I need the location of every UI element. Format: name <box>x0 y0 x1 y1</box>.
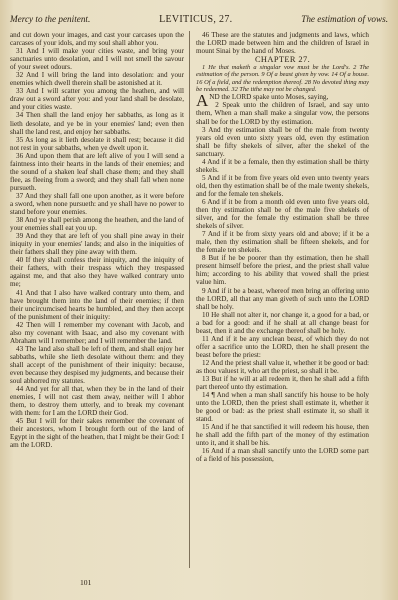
verse-44: 44 And yet for all that, when they be in… <box>10 385 184 417</box>
header-right-title: The estimation of vows. <box>301 14 388 24</box>
running-header: Mercy to the penitent. LEVITICUS, 27. Th… <box>10 14 388 26</box>
verse-32: 32 And I will bring the land into desola… <box>10 71 184 87</box>
verse-1-text: ND the LORD spake unto Moses, saying, <box>209 93 328 101</box>
verse-35: 35 As long as it lieth desolate it shall… <box>10 136 184 152</box>
verse-5: 5 And if it be from five years old even … <box>196 174 369 198</box>
verse-37: 37 And they shall fall one upon another,… <box>10 192 184 216</box>
verse-14: 14 ¶ And when a man shall sanctify his h… <box>196 391 369 423</box>
drop-cap: A <box>196 94 208 108</box>
verse-9: 9 And if it be a beast, whereof men brin… <box>196 287 369 311</box>
column-divider <box>189 31 190 568</box>
header-book-chapter: LEVITICUS, 27. <box>159 14 232 25</box>
verse-1: AND the LORD spake unto Moses, saying, <box>196 93 369 101</box>
book-page: Mercy to the penitent. LEVITICUS, 27. Th… <box>0 0 398 600</box>
verse-8: 8 But if he be poorer than thy estimatio… <box>196 254 369 286</box>
verse-16: 16 And if a man shall sanctify unto the … <box>196 447 369 463</box>
verse-continuation: and cut down your images, and cast your … <box>10 31 184 47</box>
verse-31: 31 And I will make your cities waste, an… <box>10 47 184 71</box>
verse-41: 41 And that I also have walked contrary … <box>10 289 184 321</box>
header-left-title: Mercy to the penitent. <box>10 14 90 24</box>
verse-15: 15 And if he that sanctified it will red… <box>196 423 369 447</box>
verse-33: 33 And I will scatter you among the heat… <box>10 87 184 111</box>
chapter-summary: 1 He that maketh a singular vow must be … <box>196 64 369 93</box>
right-column: 46 These are the statutes and judgments … <box>196 31 369 464</box>
verse-11: 11 And if it be any unclean beast, of wh… <box>196 335 369 359</box>
verse-38: 38 And ye shall perish among the heathen… <box>10 216 184 232</box>
verse-45: 45 But I will for their sakes remember t… <box>10 417 184 449</box>
verse-6: 6 And if it be from a month old even unt… <box>196 198 369 230</box>
verse-36: 36 And upon them that are left alive of … <box>10 152 184 192</box>
verse-7: 7 And if it be from sixty years old and … <box>196 230 369 254</box>
chapter-heading: CHAPTER 27. <box>196 56 369 64</box>
page-number: 101 <box>80 578 91 587</box>
verse-39: 39 And they that are left of you shall p… <box>10 232 184 256</box>
left-column: and cut down your images, and cast your … <box>10 31 184 449</box>
verse-42: 42 Then will I remember my covenant with… <box>10 321 184 345</box>
verse-3: 3 And thy estimation shall be of the mal… <box>196 126 369 158</box>
verse-34: 34 Then shall the land enjoy her sabbath… <box>10 111 184 135</box>
verse-40: 40 If they shall confess their iniquity,… <box>10 256 184 288</box>
verse-46: 46 These are the statutes and judgments … <box>196 31 369 55</box>
verse-12: 12 And the priest shall value it, whethe… <box>196 359 369 375</box>
verse-2: 2 Speak unto the children of Israel, and… <box>196 101 369 125</box>
verse-43: 43 The land also shall be left of them, … <box>10 345 184 385</box>
verse-13: 13 But if he will at all redeem it, then… <box>196 375 369 391</box>
verse-4: 4 And if it be a female, then thy estima… <box>196 158 369 174</box>
verse-10: 10 He shall not alter it, nor change it,… <box>196 311 369 335</box>
